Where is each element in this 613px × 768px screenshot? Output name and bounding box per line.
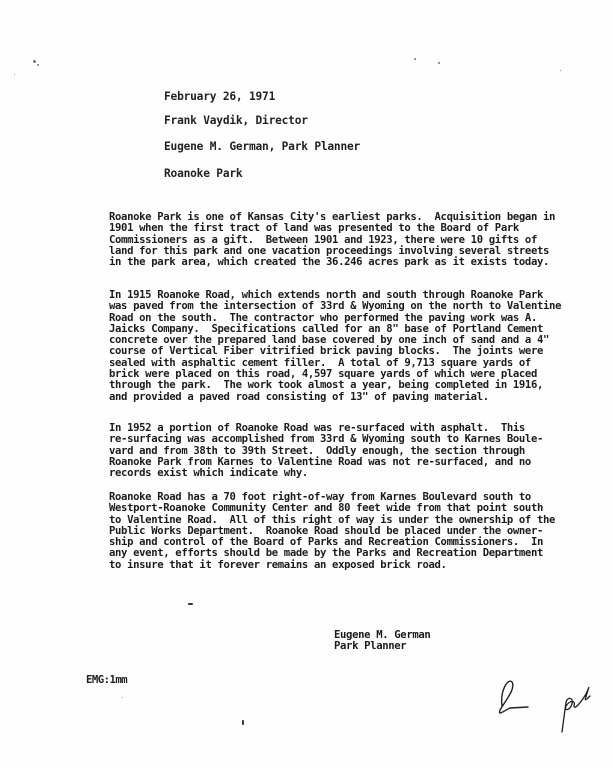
scan-speck [188, 603, 193, 605]
paragraph-line: records exist which indicate why. [109, 468, 609, 479]
memo-subject: Roanoke Park [164, 167, 242, 180]
paragraph-line: 1901 when the first tract of land was pr… [109, 223, 609, 234]
scan-speck [242, 720, 244, 725]
paragraph-line: and provided a paved road consisting of … [109, 392, 609, 403]
paragraph-line: through the park. The work took almost a… [109, 380, 609, 391]
memo-to: Frank Vaydik, Director [164, 114, 308, 127]
scan-speck [414, 58, 416, 60]
paragraph-history: Roanoke Park is one of Kansas City's ear… [109, 212, 609, 268]
reference-initials: EMG:1mm [86, 674, 127, 686]
scan-speck [438, 62, 440, 64]
paragraph-resurfacing: In 1952 a portion of Roanoke Road was re… [109, 423, 609, 479]
scan-speck [560, 70, 561, 71]
memo-from: Eugene M. German, Park Planner [164, 140, 360, 153]
paragraph-line: was paved from the intersection of 33rd … [109, 301, 609, 312]
paragraph-line: Westport-Roanoke Community Center and 80… [109, 503, 609, 514]
scan-speck [14, 74, 15, 75]
paragraph-line: to insure that it forever remains an exp… [109, 560, 609, 571]
handwritten-initials-icon [470, 660, 610, 740]
paragraph-line: in the park area, which created the 36.2… [109, 257, 609, 268]
signature-title: Park Planner [334, 641, 430, 652]
scan-speck [122, 697, 123, 698]
scan-speck [37, 64, 39, 66]
paragraph-right-of-way: Roanoke Road has a 70 foot right-of-way … [109, 492, 609, 571]
signature-block: Eugene M. German Park Planner [334, 630, 430, 653]
scan-speck [33, 60, 36, 63]
memo-page: February 26, 1971 Frank Vaydik, Director… [0, 0, 613, 768]
memo-date: February 26, 1971 [164, 90, 275, 103]
paragraph-line: re-surfacing was accomplished from 33rd … [109, 434, 609, 445]
paragraph-paving: In 1915 Roanoke Road, which extends nort… [109, 290, 609, 403]
